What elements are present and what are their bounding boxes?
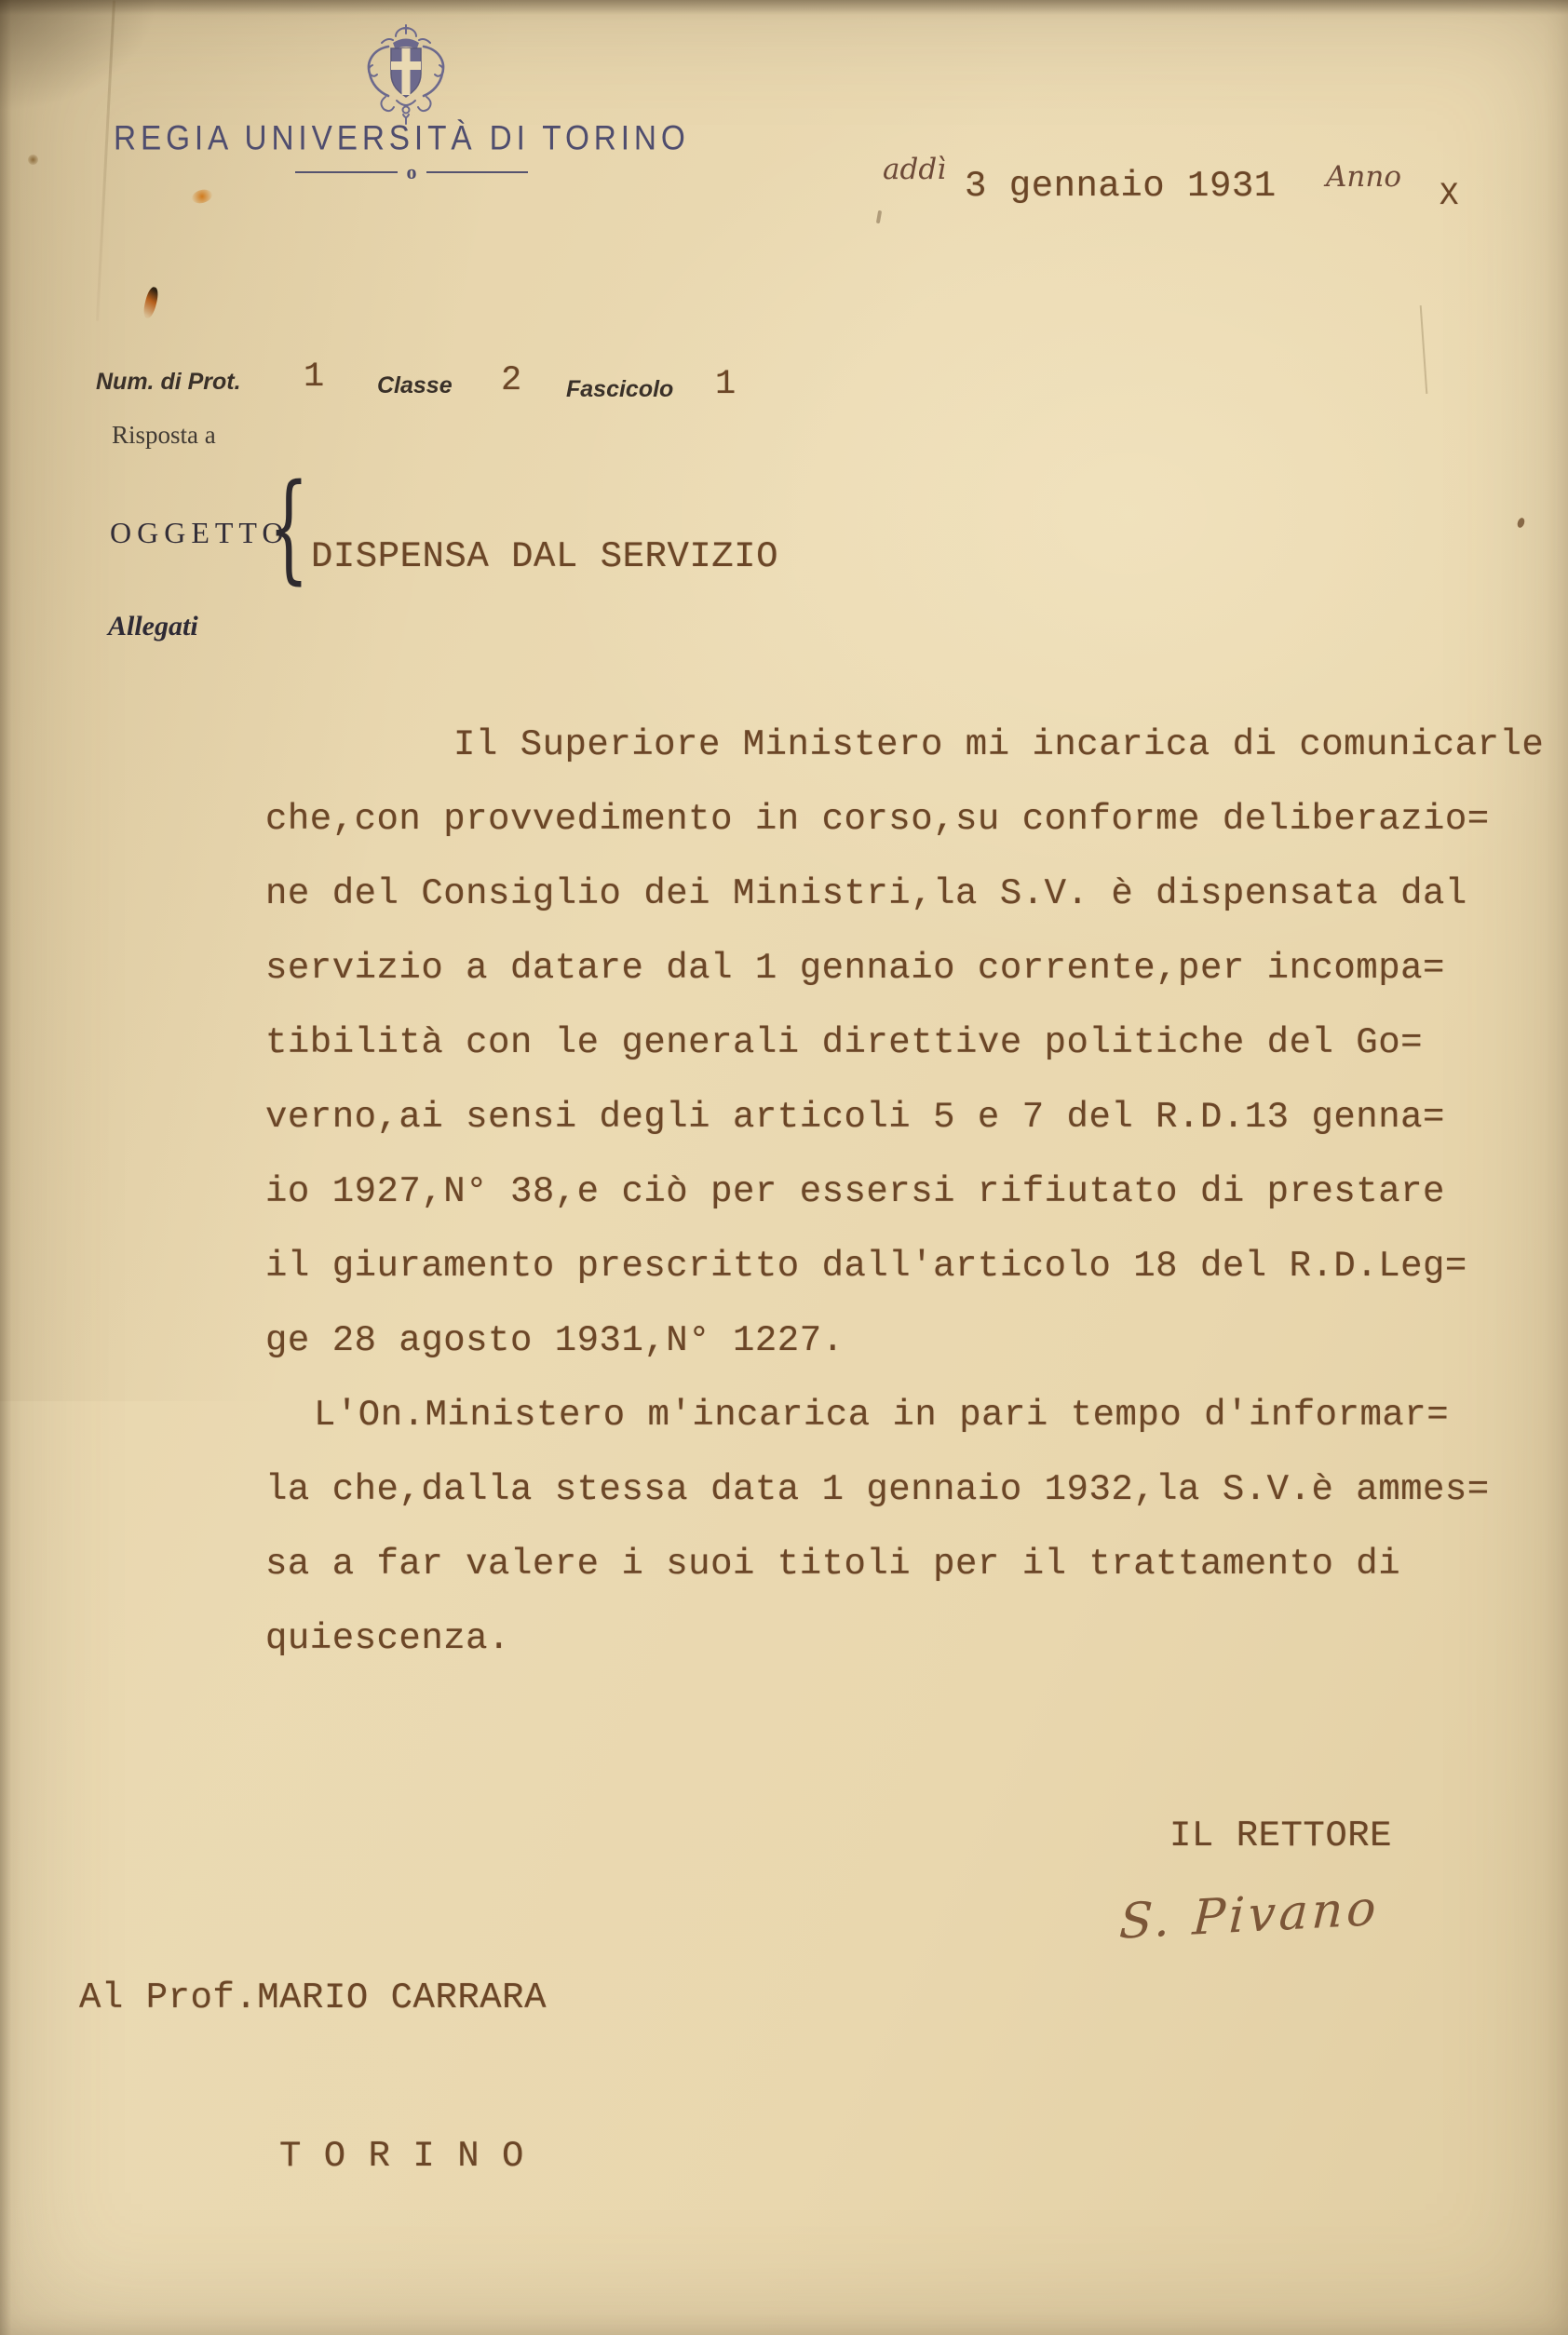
- body-line: che,con provvedimento in corso,su confor…: [265, 782, 1560, 857]
- recipient-name: Al Prof.MARIO CARRARA: [79, 1977, 547, 2018]
- ink-speck: [876, 210, 882, 223]
- institution-name: REGIA UNIVERSITÀ DI TORINO: [114, 119, 697, 158]
- divider-rule-left: [295, 171, 398, 173]
- savoy-coat-of-arms-icon: [359, 24, 453, 132]
- scanned-letter: { "letterhead": { "institution": "REGIA …: [0, 0, 1568, 2335]
- divider-ornament: o: [398, 168, 426, 177]
- body-line: sa a far valere i suoi titoli per il tra…: [265, 1527, 1560, 1601]
- fascicolo-value: 1: [715, 365, 737, 404]
- anno-label: Anno: [1326, 160, 1401, 194]
- classe-value: 2: [501, 361, 522, 400]
- body-line: verno,ai sensi degli articoli 5 e 7 del …: [265, 1080, 1560, 1154]
- body-line: ne del Consiglio dei Ministri,la S.V. è …: [265, 857, 1560, 931]
- paper-crease: [1420, 305, 1428, 394]
- recipient-city: T O R I N O: [279, 2136, 524, 2177]
- oggetto-brace: {: [268, 469, 309, 587]
- signer-title: IL RETTORE: [1169, 1815, 1392, 1856]
- scan-edge-top: [0, 0, 1568, 15]
- body-line: io 1927,N° 38,e ciò per essersi rifiutat…: [265, 1154, 1560, 1229]
- num-prot-label: Num. di Prot.: [96, 369, 241, 396]
- body-line: la che,dalla stessa data 1 gennaio 1932,…: [265, 1452, 1560, 1527]
- num-prot-value: 1: [304, 358, 325, 397]
- risposta-label: Risposta a: [112, 421, 216, 450]
- masthead-divider: o: [295, 168, 528, 177]
- body-line: L'On.Ministero m'incarica in pari tempo …: [314, 1378, 1560, 1452]
- body-line: Il Superiore Ministero mi incarica di co…: [453, 708, 1560, 782]
- oggetto-value: DISPENSA DAL SERVIZIO: [311, 536, 778, 577]
- letter-page: REGIA UNIVERSITÀ DI TORINO o addì 3 genn…: [0, 0, 1568, 2335]
- ink-speck: [1516, 517, 1525, 529]
- anno-value: X: [1440, 179, 1459, 214]
- classe-label: Classe: [377, 372, 453, 399]
- scan-edge-left: [0, 0, 11, 2335]
- body-line: tibilità con le generali direttive polit…: [265, 1006, 1560, 1080]
- rector-signature: S. Pivano: [1118, 1878, 1428, 1950]
- addi-label: addì: [883, 153, 946, 186]
- body-line: il giuramento prescritto dall'articolo 1…: [265, 1229, 1560, 1303]
- fascicolo-label: Fascicolo: [566, 376, 673, 403]
- body-line: ge 28 agosto 1931,N° 1227.: [265, 1303, 1560, 1378]
- scan-corner-shadow: [0, 0, 158, 112]
- divider-rule-right: [426, 171, 529, 173]
- body-line: quiescenza.: [265, 1601, 1560, 1676]
- body-line: servizio a datare dal 1 gennaio corrente…: [265, 931, 1560, 1006]
- allegati-label: Allegati: [108, 611, 198, 642]
- letter-body: Il Superiore Ministero mi incarica di co…: [265, 708, 1560, 1676]
- ink-spot: [28, 155, 38, 165]
- date-value: 3 gennaio 1931: [965, 166, 1277, 207]
- oggetto-label: OGGETTO: [110, 516, 290, 550]
